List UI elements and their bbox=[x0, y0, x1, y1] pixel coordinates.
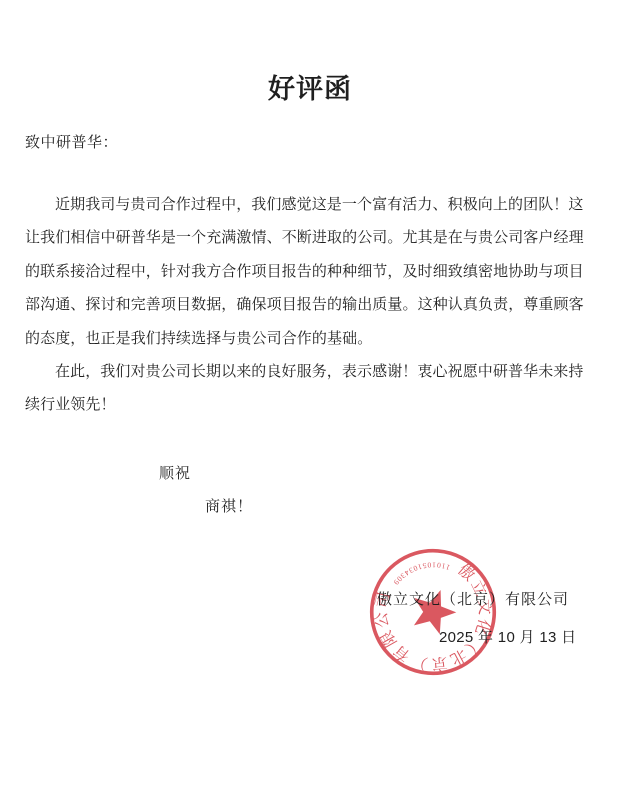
body-line: 近期我司与贵司合作过程中，我们感觉这是一个富有活力、积极向上的团队！这 bbox=[25, 189, 600, 222]
body-line: 让我们相信中研普华是一个充满激情、不断进取的公司。尤其是在与贵公司客户经理 bbox=[25, 222, 600, 255]
signature-company-name: 傲立文化（北京）有限公司 bbox=[377, 588, 569, 609]
closing-greeting: 商祺！ bbox=[205, 495, 253, 516]
body-line: 在此，我们对贵公司长期以来的良好服务，表示感谢！衷心祝愿中研普华未来持 bbox=[25, 356, 600, 389]
company-seal-stamp: 傲立文化（北京）有限公司 1101051034309 bbox=[352, 531, 514, 693]
salutation: 致中研普华： bbox=[25, 131, 118, 152]
body-line: 的联系接洽过程中，针对我方合作项目报告的种种细节，及时细致缜密地协助与项目 bbox=[25, 256, 600, 289]
body-line: 的态度，也正是我们持续选择与贵公司合作的基础。 bbox=[25, 323, 600, 356]
letter-title: 好评函 bbox=[0, 67, 620, 106]
closing-wish: 顺祝 bbox=[159, 462, 191, 483]
letter-body: 近期我司与贵司合作过程中，我们感觉这是一个富有活力、积极向上的团队！这 让我们相… bbox=[25, 189, 600, 423]
seal-number-text: 1101051034309 bbox=[388, 553, 453, 589]
seal-rotated-group: 傲立文化（北京）有限公司 1101051034309 bbox=[357, 536, 510, 689]
body-line: 部沟通、探讨和完善项目数据，确保项目报告的输出质量。这种认真负责，尊重顾客 bbox=[25, 289, 600, 322]
signature-date: 2025 年 10 月 13 日 bbox=[439, 626, 576, 647]
letter-page: 好评函 致中研普华： 近期我司与贵司合作过程中，我们感觉这是一个富有活力、积极向… bbox=[0, 0, 620, 799]
body-line: 续行业领先！ bbox=[25, 389, 600, 422]
